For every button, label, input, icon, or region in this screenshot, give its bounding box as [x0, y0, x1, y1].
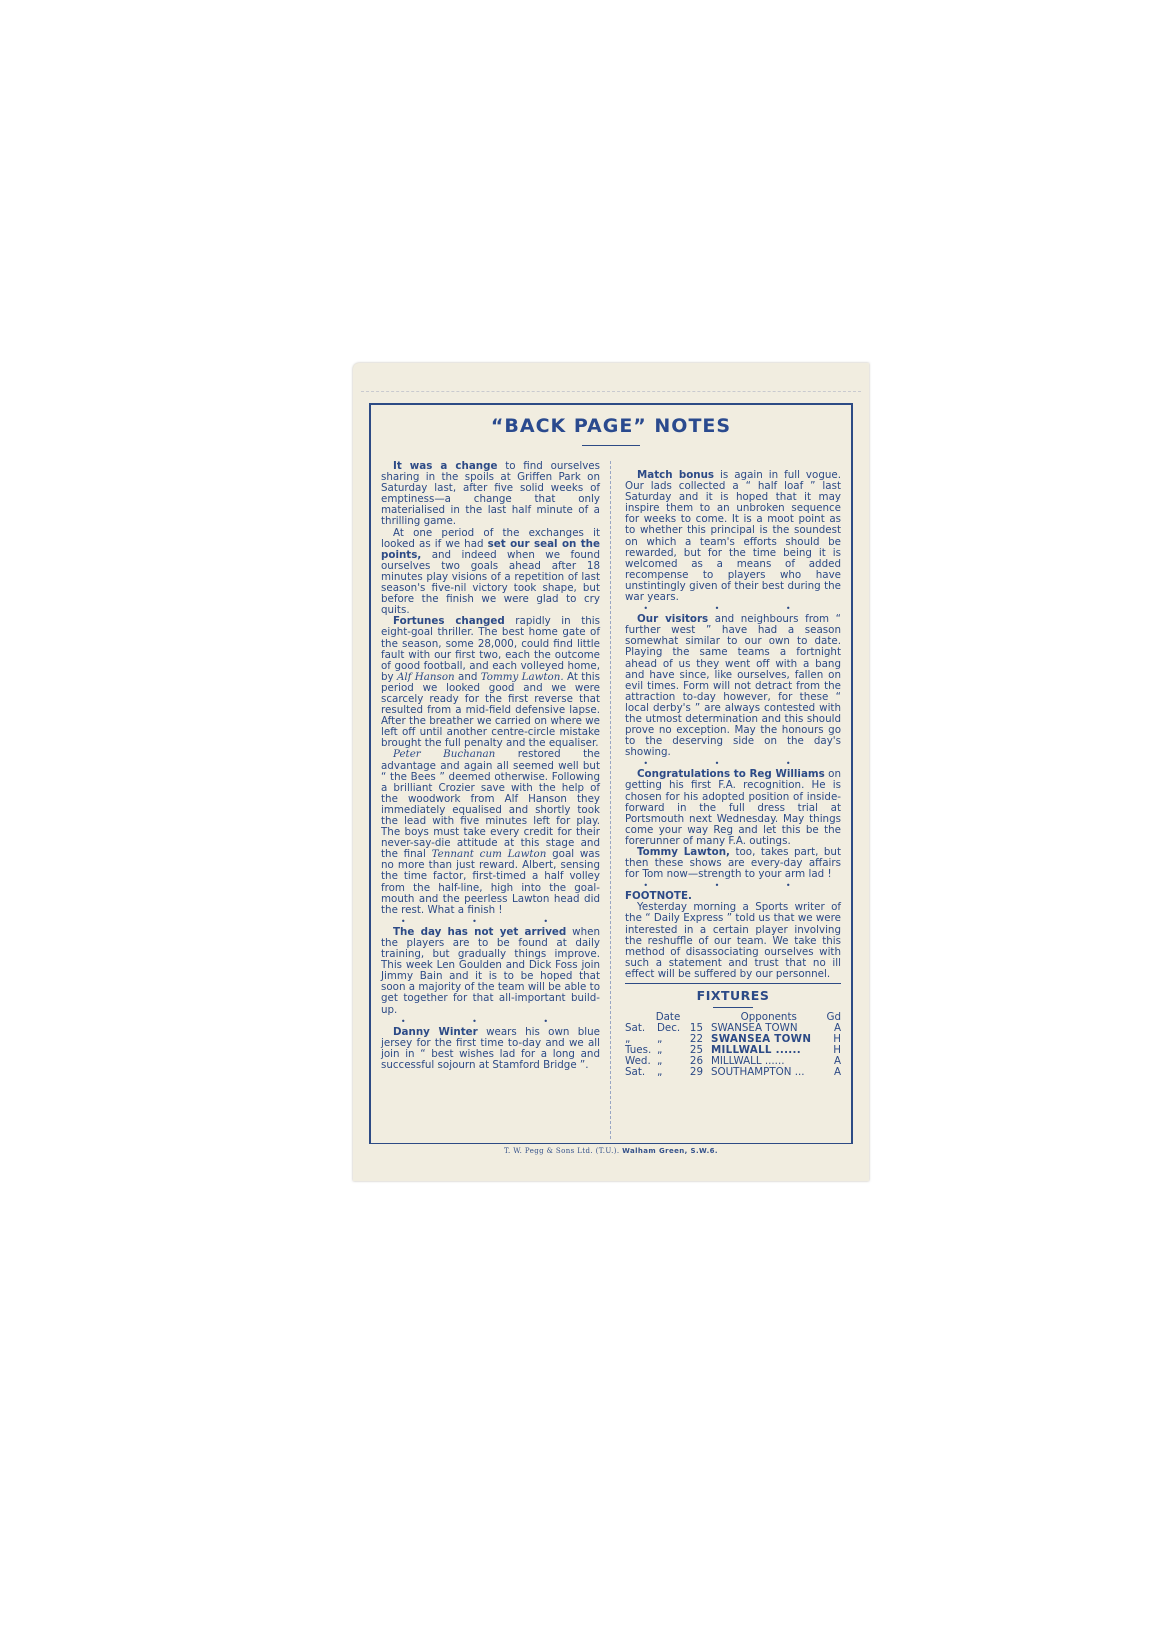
article-our-visitors: Our visitors and neighbours from “ furth…: [625, 614, 841, 758]
columns: It was a change to find ourselves sharin…: [381, 461, 841, 1139]
article-peter-buchanan: Peter Buchanan restored the advantage an…: [381, 749, 600, 915]
fixtures-title-rule: [713, 1007, 753, 1008]
article-fortunes-changed: Fortunes changed rapidly in this eight-g…: [381, 616, 600, 749]
article-match-bonus: Match bonus is again in full vogue. Our …: [625, 470, 841, 603]
fixture-row: Sat.„29SOUTHAMPTON ...A: [625, 1067, 841, 1078]
left-column: It was a change to find ourselves sharin…: [381, 461, 611, 1139]
fixtures-title: FIXTURES: [625, 990, 841, 1001]
fixtures-rule: [625, 983, 841, 984]
fixture-month: „: [657, 1067, 683, 1078]
page-title: “BACK PAGE” NOTES: [371, 415, 851, 437]
article-griffen-park: It was a change to find ourselves sharin…: [381, 461, 600, 528]
right-column: Match bonus is again in full vogue. Our …: [611, 461, 841, 1139]
article-tommy-lawton: Tommy Lawton, too, takes part, but then …: [625, 847, 841, 880]
article-training: The day has not yet arrived when the pla…: [381, 927, 600, 1016]
title-rule: [582, 445, 640, 446]
printer-imprint: T. W. Pegg & Sons Ltd. (T.U.). Walham Gr…: [369, 1147, 853, 1155]
fixture-ground: A: [826, 1067, 841, 1078]
article-seal-on-points: At one period of the exchanges it looked…: [381, 528, 600, 617]
torn-edge-mark: [361, 391, 861, 395]
fixture-opponent: SOUTHAMPTON ...: [711, 1067, 826, 1078]
fixture-day: Sat.: [625, 1067, 657, 1078]
article-reg-williams: Congratulations to Reg Williams on getti…: [625, 769, 841, 847]
fixture-date: 29: [683, 1067, 711, 1078]
article-danny-winter: Danny Winter wears his own blue jersey f…: [381, 1027, 600, 1071]
programme-page: “BACK PAGE” NOTES It was a change to fin…: [353, 363, 869, 1181]
footnote-text: Yesterday morning a Sports writer of the…: [625, 902, 841, 980]
page-border: “BACK PAGE” NOTES It was a change to fin…: [369, 403, 853, 1144]
fixtures-table: Date Opponents Gd Sat.Dec.15SWANSEA TOWN…: [625, 1012, 841, 1078]
